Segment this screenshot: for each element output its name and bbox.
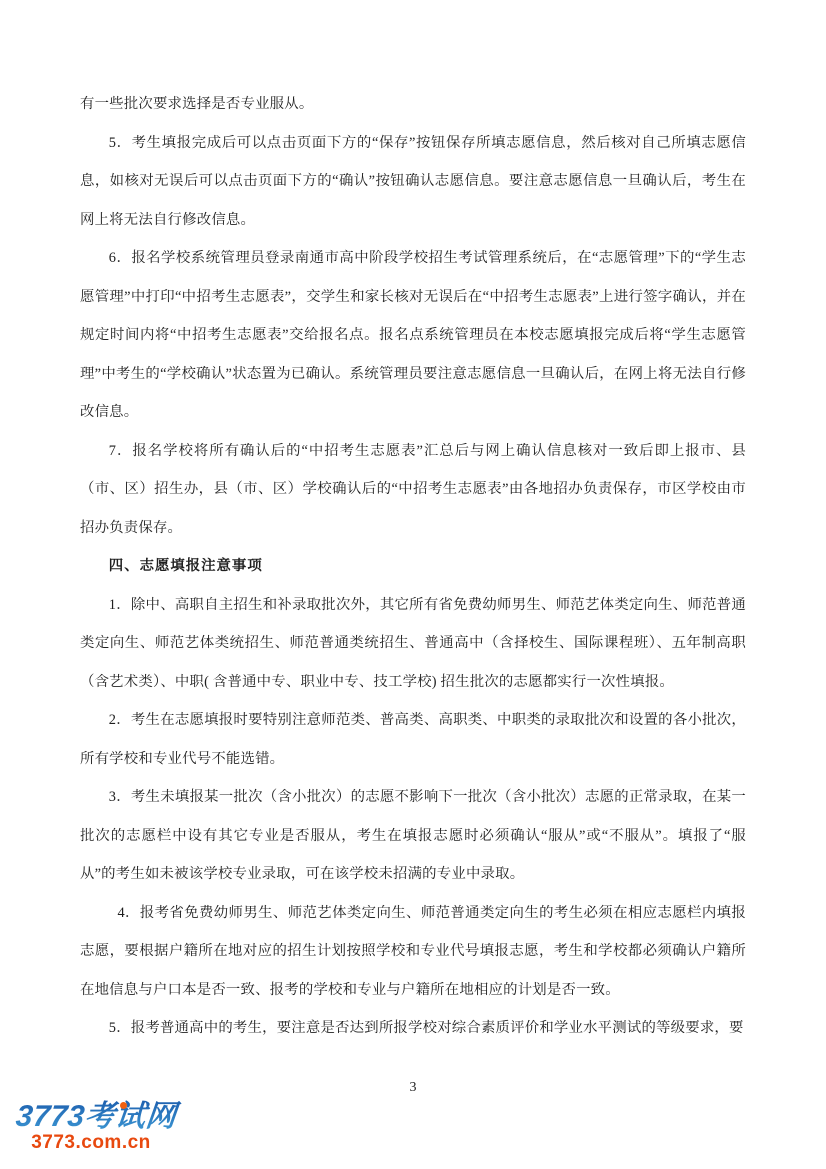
page-number: 3 [0, 1078, 826, 1098]
paragraph: 3．考生未填报某一批次（含小批次）的志愿不影响下一批次（含小批次）志愿的正常录取… [80, 778, 746, 894]
paragraph: 有一些批次要求选择是否专业服从。 [80, 85, 746, 124]
paragraph: 6．报名学校系统管理员登录南通市高中阶段学校招生考试管理系统后，在“志愿管理”下… [80, 239, 746, 432]
paragraph: 5．考生填报完成后可以点击页面下方的“保存”按钮保存所填志愿信息，然后核对自己所… [80, 124, 746, 240]
watermark-logo: 3773考试网 3773.com.cn [16, 1100, 186, 1153]
document-page: 有一些批次要求选择是否专业服从。5．考生填报完成后可以点击页面下方的“保存”按钮… [0, 0, 826, 1169]
watermark-accent-dot [120, 1102, 127, 1109]
watermark-site-url: 3773.com.cn [16, 1133, 166, 1153]
section-heading: 四、志愿填报注意事项 [80, 547, 746, 586]
paragraph: 7．报名学校将所有确认后的“中招考生志愿表”汇总后与网上确认信息核对一致后即上报… [80, 432, 746, 548]
paragraph: 5．报考普通高中的考生，要注意是否达到所报学校对综合素质评价和学业水平测试的等级… [80, 1009, 746, 1048]
document-body: 有一些批次要求选择是否专业服从。5．考生填报完成后可以点击页面下方的“保存”按钮… [80, 85, 746, 1048]
paragraph: 4．报考省免费幼师男生、师范艺体类定向生、师范普通类定向生的考生必须在相应志愿栏… [80, 894, 746, 1010]
paragraph: 2．考生在志愿填报时要特别注意师范类、普高类、高职类、中职类的录取批次和设置的各… [80, 701, 746, 778]
watermark-site-name: 3773考试网 [14, 1100, 188, 1134]
paragraph: 1．除中、高职自主招生和补录取批次外，其它所有省免费幼师男生、师范艺体类定向生、… [80, 586, 746, 702]
